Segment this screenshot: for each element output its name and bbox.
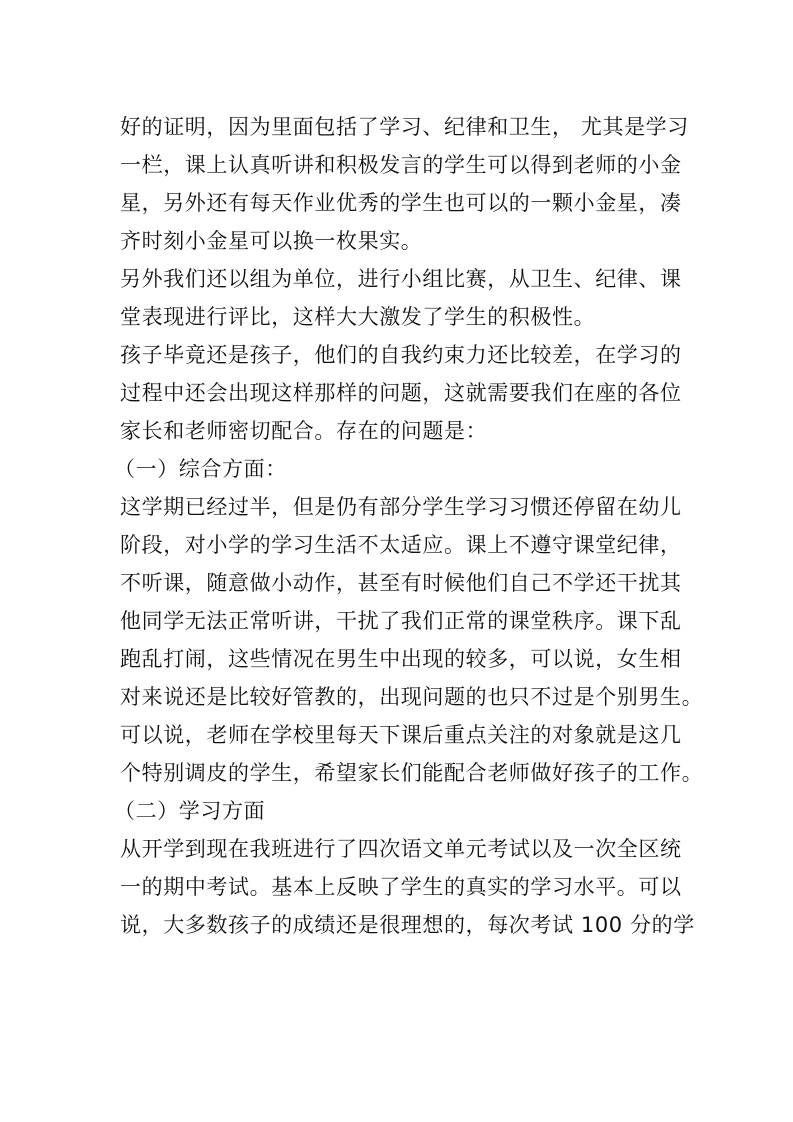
- text-line: 这学期已经过半，但是仍有部分学生学习习惯还停留在幼儿: [120, 488, 700, 526]
- text-line: 可以说，老师在学校里每天下课后重点关注的对象就是这几: [120, 716, 700, 754]
- text-line: 星，另外还有每天作业优秀的学生也可以的一颗小金星，凑: [120, 184, 700, 222]
- text-line: 一的期中考试。基本上反映了学生的真实的学习水平。可以: [120, 868, 700, 906]
- text-line: 对来说还是比较好管教的，出现问题的也只不过是个别男生。: [120, 678, 700, 716]
- text-line: 另外我们还以组为单位，进行小组比赛，从卫生、纪律、课: [120, 260, 700, 298]
- text-line: 堂表现进行评比，这样大大激发了学生的积极性。: [120, 298, 700, 336]
- text-line: 他同学无法正常听讲，干扰了我们正常的课堂秩序。课下乱: [120, 602, 700, 640]
- text-line: 好的证明，因为里面包括了学习、纪律和卫生， 尤其是学习: [120, 108, 700, 146]
- text-line: 一栏，课上认真听讲和积极发言的学生可以得到老师的小金: [120, 146, 700, 184]
- text-line: 跑乱打闹，这些情况在男生中出现的较多，可以说，女生相: [120, 640, 700, 678]
- text-line: 齐时刻小金星可以换一枚果实。: [120, 222, 700, 260]
- document-body: 好的证明，因为里面包括了学习、纪律和卫生， 尤其是学习 一栏，课上认真听讲和积极…: [120, 108, 700, 944]
- section-heading-general: （一）综合方面：: [114, 450, 700, 488]
- text-line: 个特别调皮的学生，希望家长们能配合老师做好孩子的工作。: [120, 754, 700, 792]
- text-line: 家长和老师密切配合。存在的问题是：: [120, 412, 700, 450]
- section-heading-study: （二）学习方面: [114, 792, 700, 830]
- text-line: 孩子毕竟还是孩子，他们的自我约束力还比较差，在学习的: [120, 336, 700, 374]
- text-line: 不听课，随意做小动作，甚至有时候他们自己不学还干扰其: [120, 564, 700, 602]
- text-line: 从开学到现在我班进行了四次语文单元考试以及一次全区统: [120, 830, 700, 868]
- text-line: 阶段，对小学的学习生活不太适应。课上不遵守课堂纪律，: [120, 526, 700, 564]
- document-page: 好的证明，因为里面包括了学习、纪律和卫生， 尤其是学习 一栏，课上认真听讲和积极…: [0, 0, 793, 1122]
- text-line: 过程中还会出现这样那样的问题，这就需要我们在座的各位: [120, 374, 700, 412]
- text-line: 说，大多数孩子的成绩还是很理想的，每次考试 100 分的学: [120, 906, 700, 944]
